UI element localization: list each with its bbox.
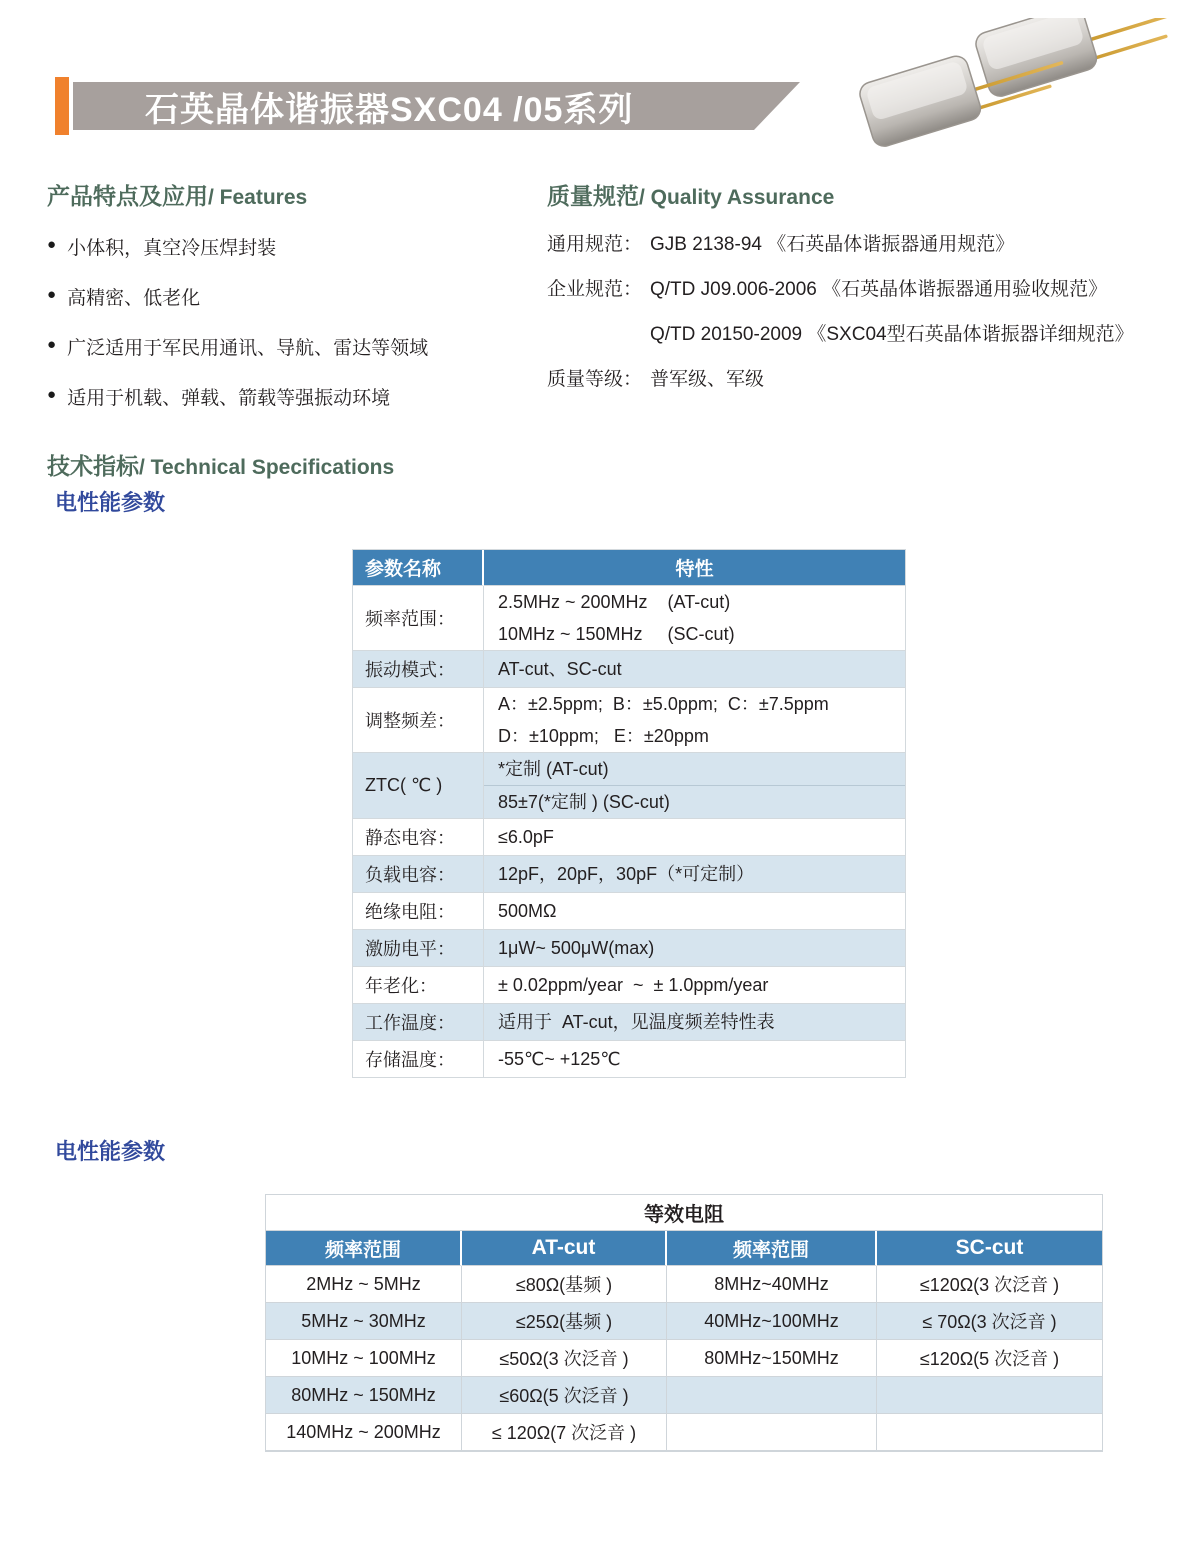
feature-text: 高精密、低老化 (67, 283, 200, 310)
electrical-params-heading-1: 电性能参数 (55, 486, 165, 517)
cell: ≤80Ω(基频 ) (462, 1266, 667, 1303)
value-line: 12pF，20pF，30pF（*可定制） (484, 858, 905, 890)
cell (877, 1414, 1102, 1451)
quality-rows: 通用规范： GJB 2138-94 《石英晶体谐振器通用规范》 企业规范： Q/… (547, 233, 1192, 392)
cell: 5MHz ~ 30MHz (266, 1303, 462, 1340)
param-value: ≤6.0pF (484, 819, 906, 856)
bullet-icon: ● (47, 383, 56, 407)
param-value: AT-cut、SC-cut (484, 651, 906, 688)
page-title: 石英晶体谐振器SXC04 /05系列 (145, 82, 633, 131)
col-header-at-cut: AT-cut (462, 1231, 667, 1266)
cell: ≤50Ω(3 次泛音 ) (462, 1340, 667, 1377)
list-item: ● 小体积，真空冷压焊封装 (47, 233, 527, 260)
spec-header-param: 参数名称 (353, 550, 484, 586)
table-row: 负载电容： 12pF，20pF，30pF（*可定制） (353, 856, 906, 893)
table-row: 80MHz ~ 150MHz ≤60Ω(5 次泛音 ) (266, 1377, 1102, 1414)
cell: 140MHz ~ 200MHz (266, 1414, 462, 1451)
cell: ≤120Ω(3 次泛音 ) (877, 1266, 1102, 1303)
quality-heading-zh: 质量规范 (547, 183, 639, 209)
table-row: 静态电容： ≤6.0pF (353, 819, 906, 856)
cell: 10MHz ~ 100MHz (266, 1340, 462, 1377)
quality-row: 通用规范： GJB 2138-94 《石英晶体谐振器通用规范》 (547, 233, 1192, 257)
table-row: 工作温度： 适用于 AT-cut，见温度频差特性表 (353, 1004, 906, 1041)
list-item: ● 高精密、低老化 (47, 283, 527, 310)
feature-text: 广泛适用于军民用通讯、导航、雷达等领域 (67, 333, 428, 360)
param-value: 12pF，20pF，30pF（*可定制） (484, 856, 906, 893)
param-value: 500MΩ (484, 893, 906, 930)
value-line: 适用于 AT-cut，见温度频差特性表 (484, 1006, 905, 1038)
quality-row: Q/TD 20150-2009 《SXC04型石英晶体谐振器详细规范》 (547, 323, 1192, 347)
table-row: 2MHz ~ 5MHz ≤80Ω(基频 ) 8MHz~40MHz ≤120Ω(3… (266, 1266, 1102, 1303)
value-line: D：±10ppm; E：±20ppm (484, 720, 905, 752)
cell: ≤ 120Ω(7 次泛音 ) (462, 1414, 667, 1451)
cell: ≤ 70Ω(3 次泛音 ) (877, 1303, 1102, 1340)
value-line: 1μW~ 500μW(max) (484, 932, 905, 964)
quality-text: 普军级、军级 (650, 368, 764, 392)
param-value: -55℃~ +125℃ (484, 1041, 906, 1078)
spec-table: 参数名称 特性 频率范围： 2.5MHz ~ 200MHz (AT-cut) 1… (352, 549, 906, 1078)
table-row: 10MHz ~ 100MHz ≤50Ω(3 次泛音 ) 80MHz~150MHz… (266, 1340, 1102, 1377)
quality-heading: 质量规范/ Quality Assurance (547, 178, 1192, 211)
table-row: 振动模式： AT-cut、SC-cut (353, 651, 906, 688)
page-title-banner: 石英晶体谐振器SXC04 /05系列 (73, 82, 800, 130)
cell: 80MHz ~ 150MHz (266, 1377, 462, 1414)
value-line: 85±7(*定制 ) (SC-cut) (484, 785, 905, 818)
param-value: 2.5MHz ~ 200MHz (AT-cut) 10MHz ~ 150MHz … (484, 586, 906, 651)
param-value: 1μW~ 500μW(max) (484, 930, 906, 967)
cell: 2MHz ~ 5MHz (266, 1266, 462, 1303)
table-row: 年老化： ± 0.02ppm/year ~ ± 1.0ppm/year (353, 967, 906, 1004)
quality-text: Q/TD 20150-2009 《SXC04型石英晶体谐振器详细规范》 (650, 323, 1134, 347)
value-line: *定制 (AT-cut) (484, 753, 905, 785)
bullet-icon: ● (47, 233, 56, 257)
list-item: ● 广泛适用于军民用通讯、导航、雷达等领域 (47, 333, 527, 360)
quality-label: 通用规范： (547, 233, 650, 257)
table-row: ZTC( ℃ ) *定制 (AT-cut) 85±7(*定制 ) (SC-cut… (353, 753, 906, 819)
list-item: ● 适用于机载、弹载、箭载等强振动环境 (47, 383, 527, 410)
bullet-icon: ● (47, 333, 56, 357)
quality-label (547, 323, 650, 347)
quality-heading-en: / Quality Assurance (639, 186, 834, 209)
param-name: 振动模式： (353, 651, 484, 688)
resistance-table-title-row: 等效电阻 (266, 1195, 1102, 1231)
table-row: 频率范围： 2.5MHz ~ 200MHz (AT-cut) 10MHz ~ 1… (353, 586, 906, 651)
cell (667, 1377, 877, 1414)
param-value: 适用于 AT-cut，见温度频差特性表 (484, 1004, 906, 1041)
param-name: 绝缘电阻： (353, 893, 484, 930)
quality-label: 质量等级： (547, 368, 650, 392)
param-name: 调整频差： (353, 688, 484, 753)
value-line: 10MHz ~ 150MHz (SC-cut) (484, 618, 905, 650)
cell (877, 1377, 1102, 1414)
col-header-freq-sc: 频率范围 (667, 1231, 877, 1266)
tech-spec-heading-zh: 技术指标 (47, 453, 139, 479)
param-name: 静态电容： (353, 819, 484, 856)
quality-text: Q/TD J09.006-2006 《石英晶体谐振器通用验收规范》 (650, 278, 1107, 302)
feature-text: 小体积，真空冷压焊封装 (67, 233, 276, 260)
spec-header-char: 特性 (484, 550, 906, 586)
value-line: ± 0.02ppm/year ~ ± 1.0ppm/year (484, 969, 905, 1001)
param-name: 负载电容： (353, 856, 484, 893)
param-name: 激励电平： (353, 930, 484, 967)
value-line: -55℃~ +125℃ (484, 1043, 905, 1075)
resistance-table-title: 等效电阻 (266, 1195, 1102, 1231)
col-header-sc-cut: SC-cut (877, 1231, 1102, 1266)
table-row: 绝缘电阻： 500MΩ (353, 893, 906, 930)
accent-bar (55, 77, 69, 135)
param-name: 年老化： (353, 967, 484, 1004)
table-row: 5MHz ~ 30MHz ≤25Ω(基频 ) 40MHz~100MHz ≤ 70… (266, 1303, 1102, 1340)
cell: 80MHz~150MHz (667, 1340, 877, 1377)
cell (667, 1414, 877, 1451)
quality-row: 质量等级： 普军级、军级 (547, 368, 1192, 392)
value-line: 500MΩ (484, 895, 905, 927)
electrical-params-heading-2: 电性能参数 (55, 1135, 165, 1166)
tech-spec-heading: 技术指标/ Technical Specifications (47, 448, 394, 481)
quality-section: 质量规范/ Quality Assurance 通用规范： GJB 2138-9… (547, 178, 1192, 413)
param-name: 存储温度： (353, 1041, 484, 1078)
param-value: A：±2.5ppm; B：±5.0ppm; C：±7.5ppm D：±10ppm… (484, 688, 906, 753)
col-header-freq-at: 频率范围 (266, 1231, 462, 1266)
features-list: ● 小体积，真空冷压焊封装 ● 高精密、低老化 ● 广泛适用于军民用通讯、导航、… (47, 233, 527, 410)
quality-label: 企业规范： (547, 278, 650, 302)
param-name: 工作温度： (353, 1004, 484, 1041)
features-heading-zh: 产品特点及应用 (47, 183, 208, 209)
quality-text: GJB 2138-94 《石英晶体谐振器通用规范》 (650, 233, 1014, 257)
param-value: ± 0.02ppm/year ~ ± 1.0ppm/year (484, 967, 906, 1004)
value-line: 2.5MHz ~ 200MHz (AT-cut) (484, 586, 905, 618)
features-heading: 产品特点及应用/ Features (47, 178, 527, 211)
table-row: 140MHz ~ 200MHz ≤ 120Ω(7 次泛音 ) (266, 1414, 1102, 1451)
value-line: A：±2.5ppm; B：±5.0ppm; C：±7.5ppm (484, 688, 905, 720)
spec-table-header-row: 参数名称 特性 (353, 550, 906, 586)
table-row: 调整频差： A：±2.5ppm; B：±5.0ppm; C：±7.5ppm D：… (353, 688, 906, 753)
resistance-table: 等效电阻 频率范围 AT-cut 频率范围 SC-cut 2MHz ~ 5MHz… (265, 1194, 1103, 1452)
resistance-table-header-row: 频率范围 AT-cut 频率范围 SC-cut (266, 1231, 1102, 1266)
crystal-can-rear (973, 18, 1185, 99)
table-row: 存储温度： -55℃~ +125℃ (353, 1041, 906, 1078)
cell: ≤60Ω(5 次泛音 ) (462, 1377, 667, 1414)
value-line: ≤6.0pF (484, 821, 905, 853)
cell: 40MHz~100MHz (667, 1303, 877, 1340)
feature-text: 适用于机载、弹载、箭载等强振动环境 (67, 383, 390, 410)
cell: 8MHz~40MHz (667, 1266, 877, 1303)
param-value: *定制 (AT-cut) 85±7(*定制 ) (SC-cut) (484, 753, 906, 819)
tech-spec-heading-en: / Technical Specifications (139, 456, 394, 479)
bullet-icon: ● (47, 283, 56, 307)
value-line: AT-cut、SC-cut (484, 653, 905, 685)
cell: ≤25Ω(基频 ) (462, 1303, 667, 1340)
features-section: 产品特点及应用/ Features ● 小体积，真空冷压焊封装 ● 高精密、低老… (47, 178, 527, 433)
quality-row: 企业规范： Q/TD J09.006-2006 《石英晶体谐振器通用验收规范》 (547, 278, 1192, 302)
cell: ≤120Ω(5 次泛音 ) (877, 1340, 1102, 1377)
param-name: ZTC( ℃ ) (353, 753, 484, 819)
table-row: 激励电平： 1μW~ 500μW(max) (353, 930, 906, 967)
param-name: 频率范围： (353, 586, 484, 651)
product-photo (845, 18, 1185, 173)
features-heading-en: / Features (208, 186, 307, 209)
